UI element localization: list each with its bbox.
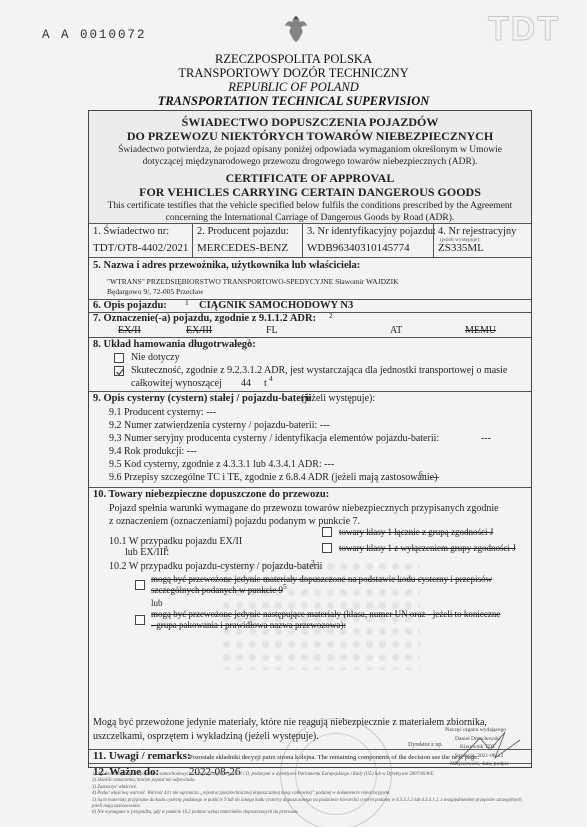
header-country-en: REPUBLIC OF POLAND [0,80,587,95]
field-value: WDB96340310145774 [307,242,410,254]
carrier-address: Będargowo 9/, 72-005 Przecław [107,287,204,296]
certificate-form: ŚWIADECTWO DOPUSZCZENIA POJAZDÓW DO PRZE… [88,110,532,768]
p101-label-line1: 10.1 W przypadku pojazdu EX/II [109,536,242,547]
footnote-5: 5) Są to materiały przypisane do kodu cy… [92,798,532,811]
section-8-endurance-braking: 8. Układ hamowania długotrwałego: 3 Nie … [89,338,531,392]
field-value: ZS335ML [438,242,484,254]
footnote-ref: 1 [185,298,189,307]
total-mass-value: 44 [241,378,251,389]
section-label: 11. Uwagi / remarks: [93,750,191,762]
designation-at: AT [390,325,402,336]
special-provisions-value: : --- [424,472,439,483]
section-label: 7. Oznaczenie(-a) pojazdu, zgodnie z 9.1… [93,313,316,324]
goods-intro-line2: z oznaczeniem (oznaczeniami) pojazdu pod… [109,516,360,527]
tank-code-goods-line1: mogą być przewożone jedynie materiały do… [151,574,492,584]
header-authority-en: TRANSPORTATION TECHNICAL SUPERVISION [0,94,587,109]
tank-code-goods-checkbox[interactable] [135,580,145,590]
listed-goods-checkbox[interactable] [135,615,145,625]
footnote-ref: 5 [283,582,287,591]
closing-note-line2: uszczelkami, osprzętem i wykładziną (jeż… [93,731,319,742]
checkmark-icon [115,367,125,377]
special-provisions: 9.6 Przepisy szczególne TC i TE, zgodnie… [109,472,437,483]
field-label: 3. Nr identyfikacyjny pojazdu: [307,226,436,237]
footnote-6: 6) Nie wymagane w przypadku, gdy w punkc… [92,810,532,816]
polish-eagle-emblem-icon [283,14,309,44]
certificate-title-section: ŚWIADECTWO DOPUSZCZENIA POJAZDÓW DO PRZE… [89,111,531,224]
section-10-dangerous-goods: 10. Towary niebezpieczne dopuszczone do … [89,488,531,715]
designation-fl: FL [266,325,278,336]
signer-role: Dyrektor z up. [408,742,443,748]
footnote-ref: 4 [269,374,273,383]
vehicle-description: CIĄGNIK SAMOCHODOWY N3 [199,300,353,311]
listed-goods-line1: mogą być przewożone jedynie następujące … [151,609,500,619]
section-label-suffix: (jeżeli występuje): [301,393,375,404]
total-mass-unit: t [264,378,267,389]
title-en-line2: FOR VEHICLES CARRYING CERTAIN DANGEROUS … [89,185,531,200]
section-label: 10. Towary niebezpieczne dopuszczone do … [93,489,329,500]
tdt-logo: TDT [488,10,560,49]
section-9-tank-description: 9. Opis cysterny (cystern) stałej / poja… [89,392,531,488]
tank-code-goods-line2: szczególnych podanych w punkcie 9 [151,585,283,595]
footnote-ref: 3 [311,558,315,567]
tank-approval-number: 9.2 Numer zatwierdzenia cysterny / pojaz… [109,420,330,431]
title-en-line1: CERTIFICATE OF APPROVAL [89,171,531,186]
field-label: 4. Nr rejestracyjny [438,226,516,237]
footnote-ref: 6 [419,469,423,478]
field-vehicle-identification-number: 3. Nr identyfikacyjny pojazdu: WDB963403… [303,224,434,257]
field-value: TDT/OT8-4402/2021 [93,242,188,254]
closing-note-line1: Mogą być przewożone jedynie materiały, k… [93,717,487,728]
title-pl-line2: DO PRZEWOZU NIEKTÓRYCH TOWARÓW NIEBEZPIE… [89,129,531,144]
section-label: 8. Układ hamowania długotrwałego: [93,339,256,350]
tank-production-year: 9.4 Rok produkcji: --- [109,446,197,457]
serial-number: A A 0010072 [42,28,147,42]
class1-with-group-j-checkbox[interactable] [322,527,332,537]
tank-serial-number-value: --- [481,433,491,444]
listed-goods-line2: - grupa pakowania i prawidłowa nazwa prz… [151,620,346,630]
tank-manufacturer: 9.1 Producent cysterny: --- [109,407,216,418]
designation-memu: MEMU [465,325,496,336]
class1-without-group-j-label: towary klasy 1 z wyłączeniem grupy zgodn… [339,543,516,553]
p101-label-line2: lub EX/III: [125,547,169,558]
footnotes: 1) Zgodnie z definicjami pojazdów samoch… [92,772,532,817]
total-mass-label: całkowitej wynoszącej [131,378,222,389]
header-authority-pl: TRANSPORTOWY DOZÓR TECHNICZNY [0,66,587,81]
field-vehicle-manufacturer: 2. Producent pojazdu: MERCEDES-BENZ [193,224,303,257]
field-label: 1. Świadectwo nr: [93,226,169,237]
field-label: 2. Producent pojazdu: [197,226,289,237]
not-applicable-label: Nie dotyczy [131,352,180,363]
designation-ex-iii: EX/III [186,325,212,336]
effectiveness-text: Skuteczność, zgodnie z 9.2.3.1.2 ADR, je… [131,365,507,376]
title-pl-text: Świadectwo potwierdza, że pojazd opisany… [99,144,521,168]
designation-ex-ii: EX/II [118,325,141,336]
fields-row-1-4: 1. Świadectwo nr: TDT/OT8-4402/2021 2. P… [89,224,531,258]
section-label: 9. Opis cysterny (cystern) stałej / poja… [93,393,311,404]
tank-code: 9.5 Kod cysterny, zgodnie z 4.3.3.1 lub … [109,459,334,470]
effectiveness-checkbox[interactable] [114,366,124,376]
field-certificate-number: 1. Świadectwo nr: TDT/OT8-4402/2021 [89,224,193,257]
section-label: 5. Nazwa i adres przewoźnika, użytkownik… [93,260,360,271]
not-applicable-checkbox[interactable] [114,353,124,363]
title-en-text: This certificate testifies that the vehi… [99,200,521,224]
footnote-ref: 3 [247,337,251,346]
goods-intro-line1: Pojazd spełnia warunki wymagane do przew… [109,503,499,514]
field-registration-number: 4. Nr rejestracyjny (jeżeli występuje): … [434,224,533,257]
class1-without-group-j-checkbox[interactable] [322,543,332,553]
field-value: MERCEDES-BENZ [197,242,288,254]
footnote-ref: 3 [164,544,168,553]
p102-label: 10.2 W przypadku pojazdu-cysterny / poja… [109,561,322,572]
header-country-pl: RZECZPOSPOLITA POLSKA [0,52,587,67]
tank-serial-number: 9.3 Numer seryjny producenta cysterny / … [109,433,439,444]
section-5-carrier: 5. Nazwa i adres przewoźnika, użytkownik… [89,258,531,300]
footnote-ref: 2 [329,311,333,320]
section-7-designations: 7. Oznaczenie(-a) pojazdu, zgodnie z 9.1… [89,313,531,338]
class1-with-group-j-label: towary klasy 1 łącznie z grupą zgodności… [339,527,493,537]
section-6-vehicle-description: 6. Opis pojazdu: 1 CIĄGNIK SAMOCHODOWY N… [89,300,531,313]
section-label: 6. Opis pojazdu: [93,300,167,311]
carrier-name: "WTRANS" PRZEDSIĘBIORSTWO TRANSPORTOWO-S… [107,277,399,286]
signature-icon [450,730,530,768]
or-label: lub [151,598,163,608]
title-pl-line1: ŚWIADECTWO DOPUSZCZENIA POJAZDÓW [89,115,531,130]
